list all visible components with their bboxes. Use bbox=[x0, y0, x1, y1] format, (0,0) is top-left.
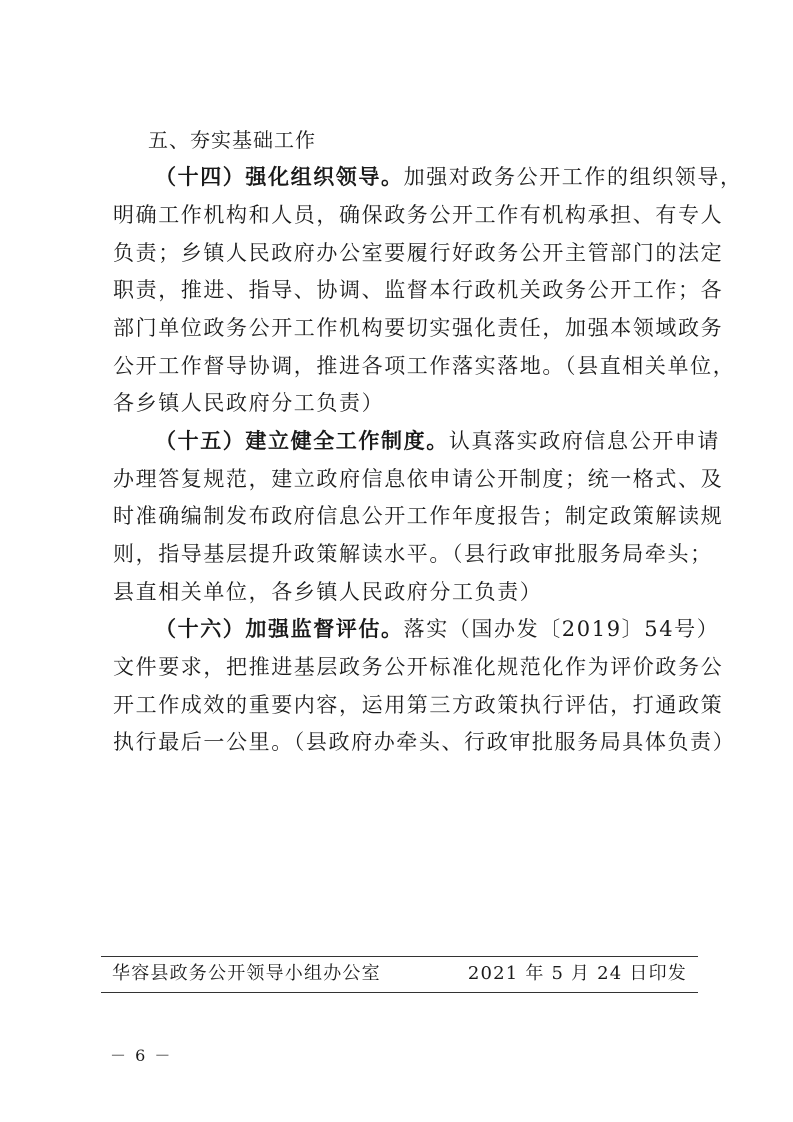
paragraph-line: 县直相关单位，各乡镇人民政府分工负责） bbox=[113, 579, 688, 605]
paragraph-line: 执行最后一公里。（县政府办牵头、行政审批服务局具体负责） bbox=[113, 729, 688, 755]
paragraph-line: 则，指导基层提升政策解读水平。（县行政审批服务局牵头； bbox=[113, 541, 688, 567]
item-label: （十四）强化组织领导。 bbox=[155, 165, 404, 189]
paragraph-line: （十五）建立健全工作制度。认真落实政府信息公开申请 bbox=[155, 428, 730, 454]
page-number: － 6 － bbox=[110, 1043, 172, 1066]
document-page: 五、夯实基础工作 （十四）强化组织领导。加强对政务公开工作的组织领导， 明确工作… bbox=[0, 0, 793, 1122]
paragraph-line: （十六）加强监督评估。落实（国办发〔2019〕54号） bbox=[155, 616, 730, 642]
paragraph-line: 各乡镇人民政府分工负责） bbox=[113, 390, 688, 416]
item-text: 认真落实政府信息公开申请 bbox=[449, 429, 720, 453]
paragraph-line: 部门单位政务公开工作机构要切实强化责任，加强本领域政务 bbox=[113, 315, 688, 341]
paragraph-line: 时准确编制发布政府信息公开工作年度报告；制定政策解读规 bbox=[113, 503, 688, 529]
section-heading: 五、夯实基础工作 bbox=[148, 127, 723, 153]
footer-top-rule bbox=[101, 956, 698, 957]
paragraph-line: 开工作成效的重要内容，运用第三方政策执行评估，打通政策 bbox=[113, 692, 688, 718]
footer-issuer: 华容县政务公开领导小组办公室 bbox=[112, 962, 381, 986]
paragraph-line: 办理答复规范，建立政府信息依申请公开制度；统一格式、及 bbox=[113, 466, 688, 492]
paragraph-line: 明确工作机构和人员，确保政务公开工作有机构承担、有专人 bbox=[113, 202, 688, 228]
paragraph-line: （十四）强化组织领导。加强对政务公开工作的组织领导， bbox=[155, 164, 730, 190]
item-label: （十五）建立健全工作制度。 bbox=[155, 429, 449, 453]
item-label: （十六）加强监督评估。 bbox=[155, 617, 404, 641]
paragraph-line: 负责；乡镇人民政府办公室要履行好政务公开主管部门的法定 bbox=[113, 240, 688, 266]
paragraph-line: 文件要求，把推进基层政务公开标准化规范化作为评价政务公 bbox=[113, 654, 688, 680]
footer-bottom-rule bbox=[101, 992, 698, 993]
paragraph-line: 公开工作督导协调，推进各项工作落实落地。（县直相关单位， bbox=[113, 353, 688, 379]
item-text: 加强对政务公开工作的组织领导， bbox=[404, 165, 743, 189]
item-text: 落实（国办发〔2019〕54号） bbox=[404, 617, 720, 641]
footer-date: 2021 年 5 月 24 日印发 bbox=[432, 962, 687, 986]
paragraph-line: 职责，推进、指导、协调、监督本行政机关政务公开工作；各 bbox=[113, 277, 688, 303]
